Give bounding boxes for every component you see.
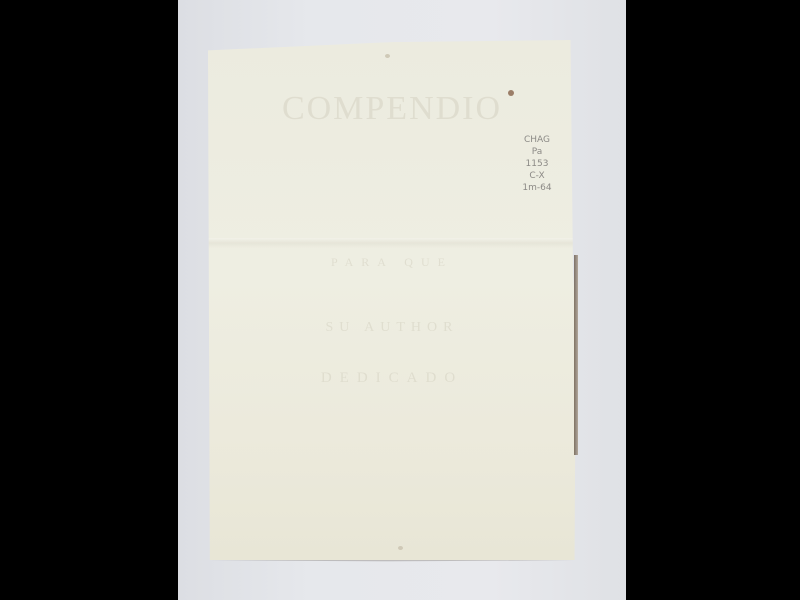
show-through-title: COMPENDIO: [208, 90, 576, 128]
stain-spot: [385, 54, 390, 58]
show-through-line: PARA QUE: [208, 255, 576, 270]
pencil-note-line: 1153: [512, 158, 562, 170]
pencil-note-line: CHAG: [512, 134, 562, 146]
pencil-note-line: Pa: [512, 146, 562, 158]
stain-spot: [508, 90, 514, 96]
paper-sheet: COMPENDIO PARA QUE SU AUTHOR DEDICADO: [208, 40, 576, 560]
stain-spot: [398, 546, 403, 550]
photo-frame: COMPENDIO PARA QUE SU AUTHOR DEDICADO CH…: [0, 0, 800, 600]
paper-edge-shadow: [574, 255, 578, 455]
show-through-line: DEDICADO: [208, 370, 576, 387]
pencil-note-line: C-X: [512, 170, 562, 182]
show-through-line: SU AUTHOR: [208, 320, 576, 336]
pencil-note: CHAG Pa 1153 C-X 1m-64: [512, 134, 562, 194]
pencil-note-line: 1m-64: [512, 182, 562, 194]
